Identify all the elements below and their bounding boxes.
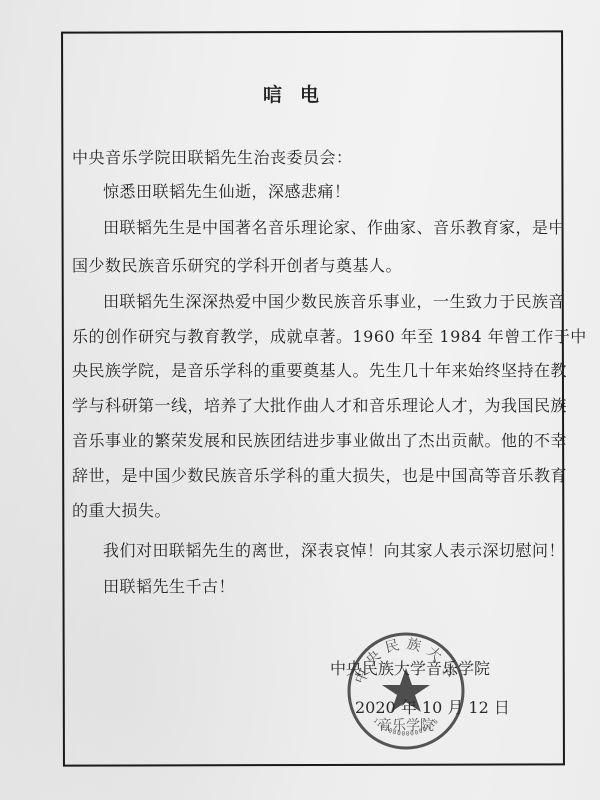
paragraph-2-line-1: 田联韬先生是中国著名音乐理论家、作曲家、音乐教育家，是中 bbox=[103, 218, 565, 238]
paragraph-3-line-1: 田联韬先生深深热爱中国少数民族音乐事业，一生致力于民族音 bbox=[103, 292, 565, 312]
official-seal-icon: 中央民族大学 音乐学院 1101080000000116 bbox=[345, 630, 467, 752]
paragraph-1-line-1: 惊悉田联韬先生仙逝，深感悲痛！ bbox=[103, 182, 351, 202]
document-title: 唁电 bbox=[0, 80, 600, 107]
paragraph-3-line-3: 央民族学院，是音乐学科的重要奠基人。先生几十年来始终坚持在教 bbox=[72, 361, 567, 381]
paragraph-3-line-2: 乐的创作研究与教育教学，成就卓著。1960 年至 1984 年曾工作于中 bbox=[72, 327, 587, 347]
paragraph-4-line-1: 我们对田联韬先生的离世，深表哀悼！向其家人表示深切慰问！ bbox=[103, 541, 565, 561]
paragraph-3-line-5: 音乐事业的繁荣发展和民族团结进步事业做出了杰出贡献。他的不幸 bbox=[72, 431, 567, 451]
salutation: 中央音乐学院田联韬先生治丧委员会： bbox=[72, 148, 353, 168]
paragraph-2-line-2: 国少数民族音乐研究的学科开创者与奠基人。 bbox=[72, 256, 402, 276]
signature-organization: 中央民族大学音乐学院 bbox=[330, 656, 490, 679]
paragraph-3-line-4: 学与科研第一线，培养了大批作曲人才和音乐理论人才，为我国民族 bbox=[72, 396, 567, 416]
paragraph-3-line-7: 的重大损失。 bbox=[72, 501, 171, 521]
paragraph-3-line-6: 辞世，是中国少数民族音乐学科的重大损失，也是中国高等音乐教育 bbox=[72, 466, 567, 486]
signature-date: 2020 年 10 月 12 日 bbox=[355, 695, 510, 718]
paragraph-5-line-1: 田联韬先生千古！ bbox=[103, 577, 235, 597]
